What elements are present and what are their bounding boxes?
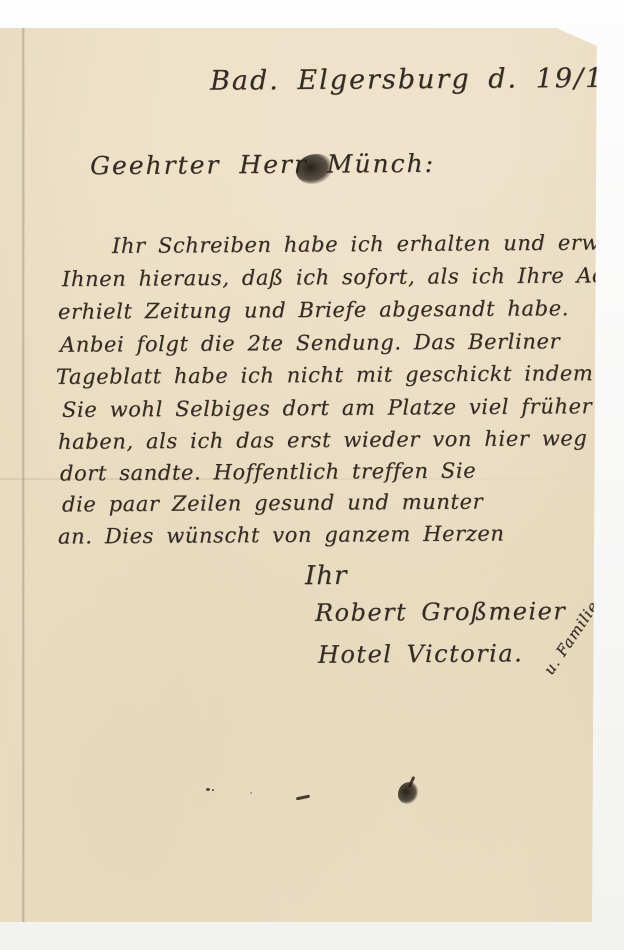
body-line: erhielt Zeitung und Briefe abgesandt hab… — [58, 296, 569, 324]
body-line: Sie wohl Selbiges dort am Platze viel fr… — [62, 394, 592, 422]
signature-hotel: Hotel Victoria. — [318, 639, 523, 668]
body-line: Ihr Schreiben habe ich erhalten und erwi… — [112, 230, 624, 258]
body-line: Ihnen hieraus, daß ich sofort, als ich I… — [62, 263, 624, 291]
signature-name: Robert Großmeier — [315, 597, 566, 627]
body-line: dort sandte. Hoffentlich treffen Sie — [60, 459, 476, 486]
ink-speck — [250, 792, 252, 794]
dateline: Bad. Elgersburg d. 19/1 06. — [210, 62, 624, 96]
body-line: an. Dies wünscht von ganzem Herzen — [58, 521, 505, 548]
closing: Ihr — [305, 561, 348, 591]
body-line: Anbei folgt die 2te Sendung. Das Berline… — [60, 329, 560, 356]
ink-speck — [212, 789, 214, 791]
salutation: Geehrter Herr Münch: — [90, 149, 435, 180]
ink-speck — [206, 788, 210, 791]
body-line: die paar Zeilen gesund und munter — [62, 490, 483, 517]
letter-page: Bad. Elgersburg d. 19/1 06. Geehrter Her… — [0, 28, 598, 922]
salutation-ink-blot — [296, 154, 332, 184]
vertical-fold-crease — [21, 28, 25, 922]
body-line: Tageblatt habe ich nicht mit geschickt i… — [56, 361, 593, 389]
scanned-letter: Bad. Elgersburg d. 19/1 06. Geehrter Her… — [0, 0, 624, 950]
body-line: haben, als ich das erst wieder von hier … — [58, 426, 588, 454]
ink-speck — [296, 795, 310, 801]
